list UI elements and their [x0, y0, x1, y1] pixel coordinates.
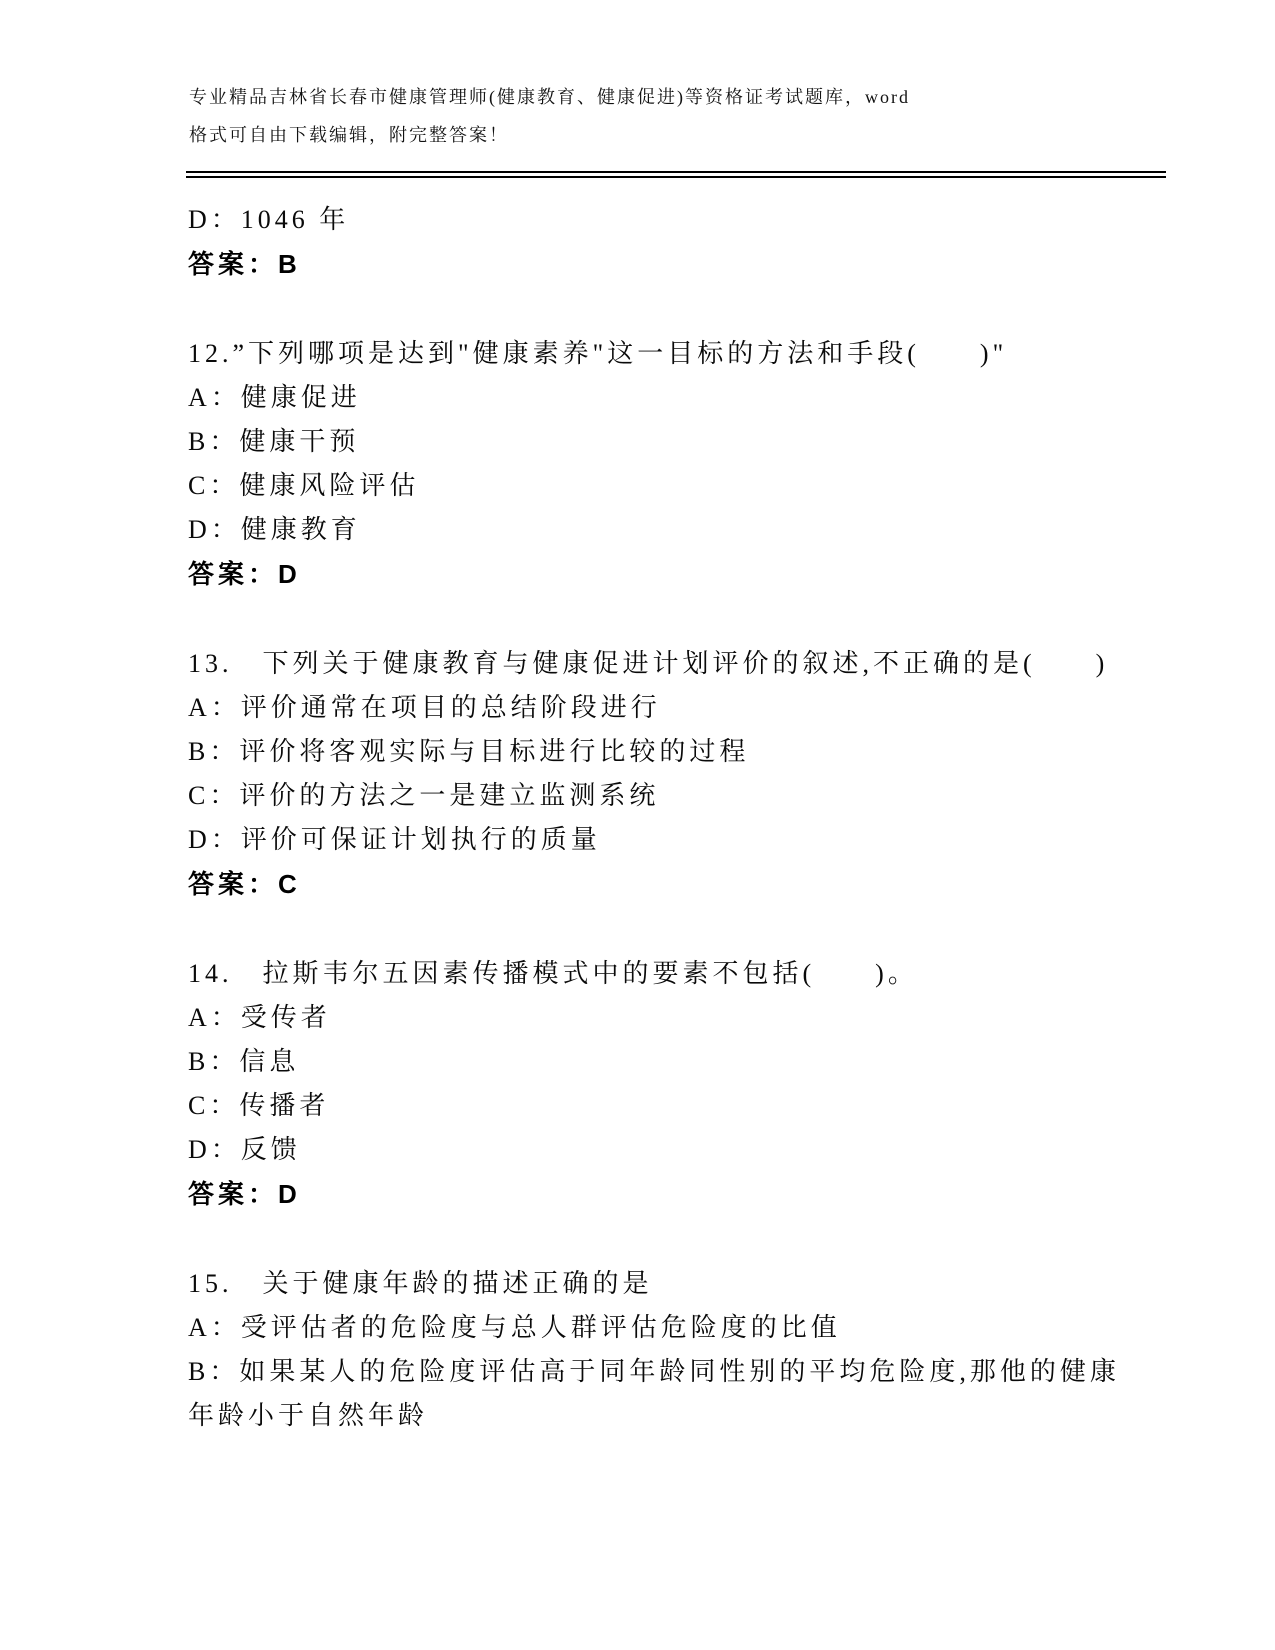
answer-line: 答案：D [188, 1172, 1136, 1216]
option-d: D：评价可保证计划执行的质量 [188, 818, 1136, 862]
question-11-remainder: D：1046 年 答案：B [188, 198, 1136, 286]
question-text: 14. 拉斯韦尔五因素传播模式中的要素不包括( )。 [188, 952, 1136, 996]
document-body: D：1046 年 答案：B 12.”下列哪项是达到"健康素养"这一目标的方法和手… [188, 198, 1136, 1438]
question-text: 12.”下列哪项是达到"健康素养"这一目标的方法和手段( )" [188, 332, 1136, 376]
option-a: A：受传者 [188, 996, 1136, 1040]
answer-line: 答案：D [188, 552, 1136, 596]
header-line-2: 格式可自由下载编辑，附完整答案！ [189, 116, 1129, 154]
answer-line: 答案：C [188, 862, 1136, 906]
option-c: C：传播者 [188, 1084, 1136, 1128]
header-divider [186, 171, 1166, 178]
answer-line: 答案：B [188, 242, 1136, 286]
page-header: 专业精品吉林省长春市健康管理师(健康教育、健康促进)等资格证考试题库，word … [189, 78, 1129, 154]
question-block-12: 12.”下列哪项是达到"健康素养"这一目标的方法和手段( )" A：健康促进 B… [188, 332, 1136, 596]
option-c: C：健康风险评估 [188, 464, 1136, 508]
option-a: A：评价通常在项目的总结阶段进行 [188, 686, 1136, 730]
option-a: A：受评估者的危险度与总人群评估危险度的比值 [188, 1306, 1136, 1350]
question-text: 15. 关于健康年龄的描述正确的是 [188, 1262, 1136, 1306]
question-block-14: 14. 拉斯韦尔五因素传播模式中的要素不包括( )。 A：受传者 B：信息 C：… [188, 952, 1136, 1216]
option-b: B：健康干预 [188, 420, 1136, 464]
option-d: D：反馈 [188, 1128, 1136, 1172]
option-c: C：评价的方法之一是建立监测系统 [188, 774, 1136, 818]
option-d: D：1046 年 [188, 198, 1136, 242]
question-block-15: 15. 关于健康年龄的描述正确的是 A：受评估者的危险度与总人群评估危险度的比值… [188, 1262, 1136, 1438]
option-b: B：如果某人的危险度评估高于同年龄同性别的平均危险度,那他的健康年龄小于自然年龄 [188, 1350, 1136, 1438]
header-line-1: 专业精品吉林省长春市健康管理师(健康教育、健康促进)等资格证考试题库，word [189, 78, 1129, 116]
option-b: B：信息 [188, 1040, 1136, 1084]
option-b: B：评价将客观实际与目标进行比较的过程 [188, 730, 1136, 774]
option-a: A：健康促进 [188, 376, 1136, 420]
question-block-13: 13. 下列关于健康教育与健康促进计划评价的叙述,不正确的是( ) A：评价通常… [188, 642, 1136, 906]
question-text: 13. 下列关于健康教育与健康促进计划评价的叙述,不正确的是( ) [188, 642, 1136, 686]
document-page: 专业精品吉林省长春市健康管理师(健康教育、健康促进)等资格证考试题库，word … [0, 0, 1275, 1650]
option-d: D：健康教育 [188, 508, 1136, 552]
